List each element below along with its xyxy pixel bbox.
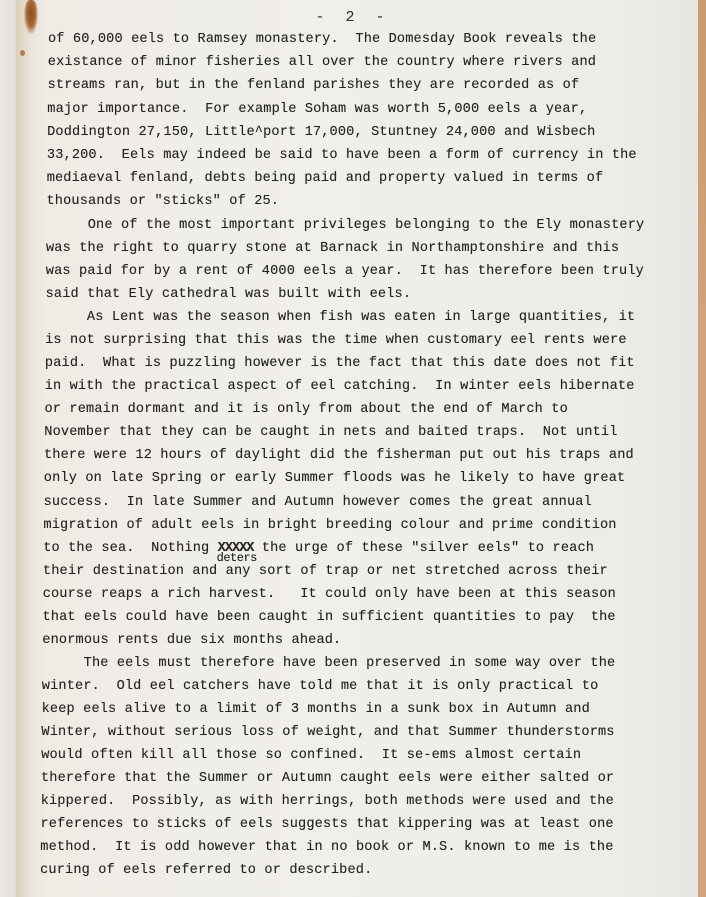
text-line: of 60,000 eels to Ramsey monastery. The … [48,32,596,47]
correction-word: deters [217,551,257,565]
text-line: existance of minor fisheries all over th… [48,55,596,70]
text-line: only on late Spring or early Summer floo… [44,471,626,486]
text-line: therefore that the Summer or Autumn caug… [41,771,614,786]
text-line: or remain dormant and it is only from ab… [45,402,568,417]
text-line: winter. Old eel catchers have told me th… [42,679,599,694]
text-line: course reaps a rich harvest. It could on… [43,587,616,602]
text-line: success. In late Summer and Autumn howev… [44,495,592,510]
text-line: One of the most important privileges bel… [46,218,644,233]
text-line: in with the practical aspect of eel catc… [45,379,635,394]
text-line: would often kill all those so confined. … [41,748,581,763]
text-line: As Lent was the season when fish was eat… [45,310,635,325]
text-line: keep eels alive to a limit of 3 months i… [42,702,590,717]
text-line: kippered. Possibly, as with herrings, bo… [41,794,614,809]
text-line: is not surprising that this was the time… [45,333,627,348]
text-line: their destination and any sort of trap o… [43,564,608,579]
text-line: that eels could have been caught in suff… [43,610,616,625]
text-line: was the right to quarry stone at Barnack… [46,241,619,256]
typed-correction: XXXXXdeters [218,541,254,556]
text-line: enormous rents due six months ahead. [42,633,341,648]
text-line: there were 12 hours of daylight did the … [44,448,634,463]
text-line: November that they can be caught in nets… [44,425,617,440]
text-line: major importance. For example Soham was … [47,102,587,117]
text-line: thousands or "sticks" of 25. [47,194,280,209]
text-line: was paid for by a rent of 4000 eels a ye… [46,264,644,279]
text-line: Winter, without serious loss of weight, … [41,725,614,740]
text-line: method. It is odd however that in no boo… [40,840,613,855]
text-line: said that Ely cathedral was built with e… [46,287,412,302]
text-line: to the sea. Nothing XXXXXdeters the urge… [43,541,594,556]
text-line: Doddington 27,150, Little^port 17,000, S… [47,125,595,140]
text-line: curing of eels referred to or described. [40,863,372,878]
text-line: mediaeval fenland, debts being paid and … [47,171,604,186]
text-line: 33,200. Eels may indeed be said to have … [47,148,637,163]
text-segment: the urge of these "silver eels" to reach [253,541,594,556]
text-line: references to sticks of eels suggests th… [41,817,614,832]
text-line: migration of adult eels in bright breedi… [43,518,616,533]
text-segment: to the sea. Nothing [43,541,217,556]
typed-text-body: of 60,000 eels to Ramsey monastery. The … [0,0,706,897]
text-line: The eels must therefore have been preser… [42,656,615,671]
text-line: paid. What is puzzling however is the fa… [45,356,635,371]
text-line: streams ran, but in the fenland parishes… [48,78,580,93]
